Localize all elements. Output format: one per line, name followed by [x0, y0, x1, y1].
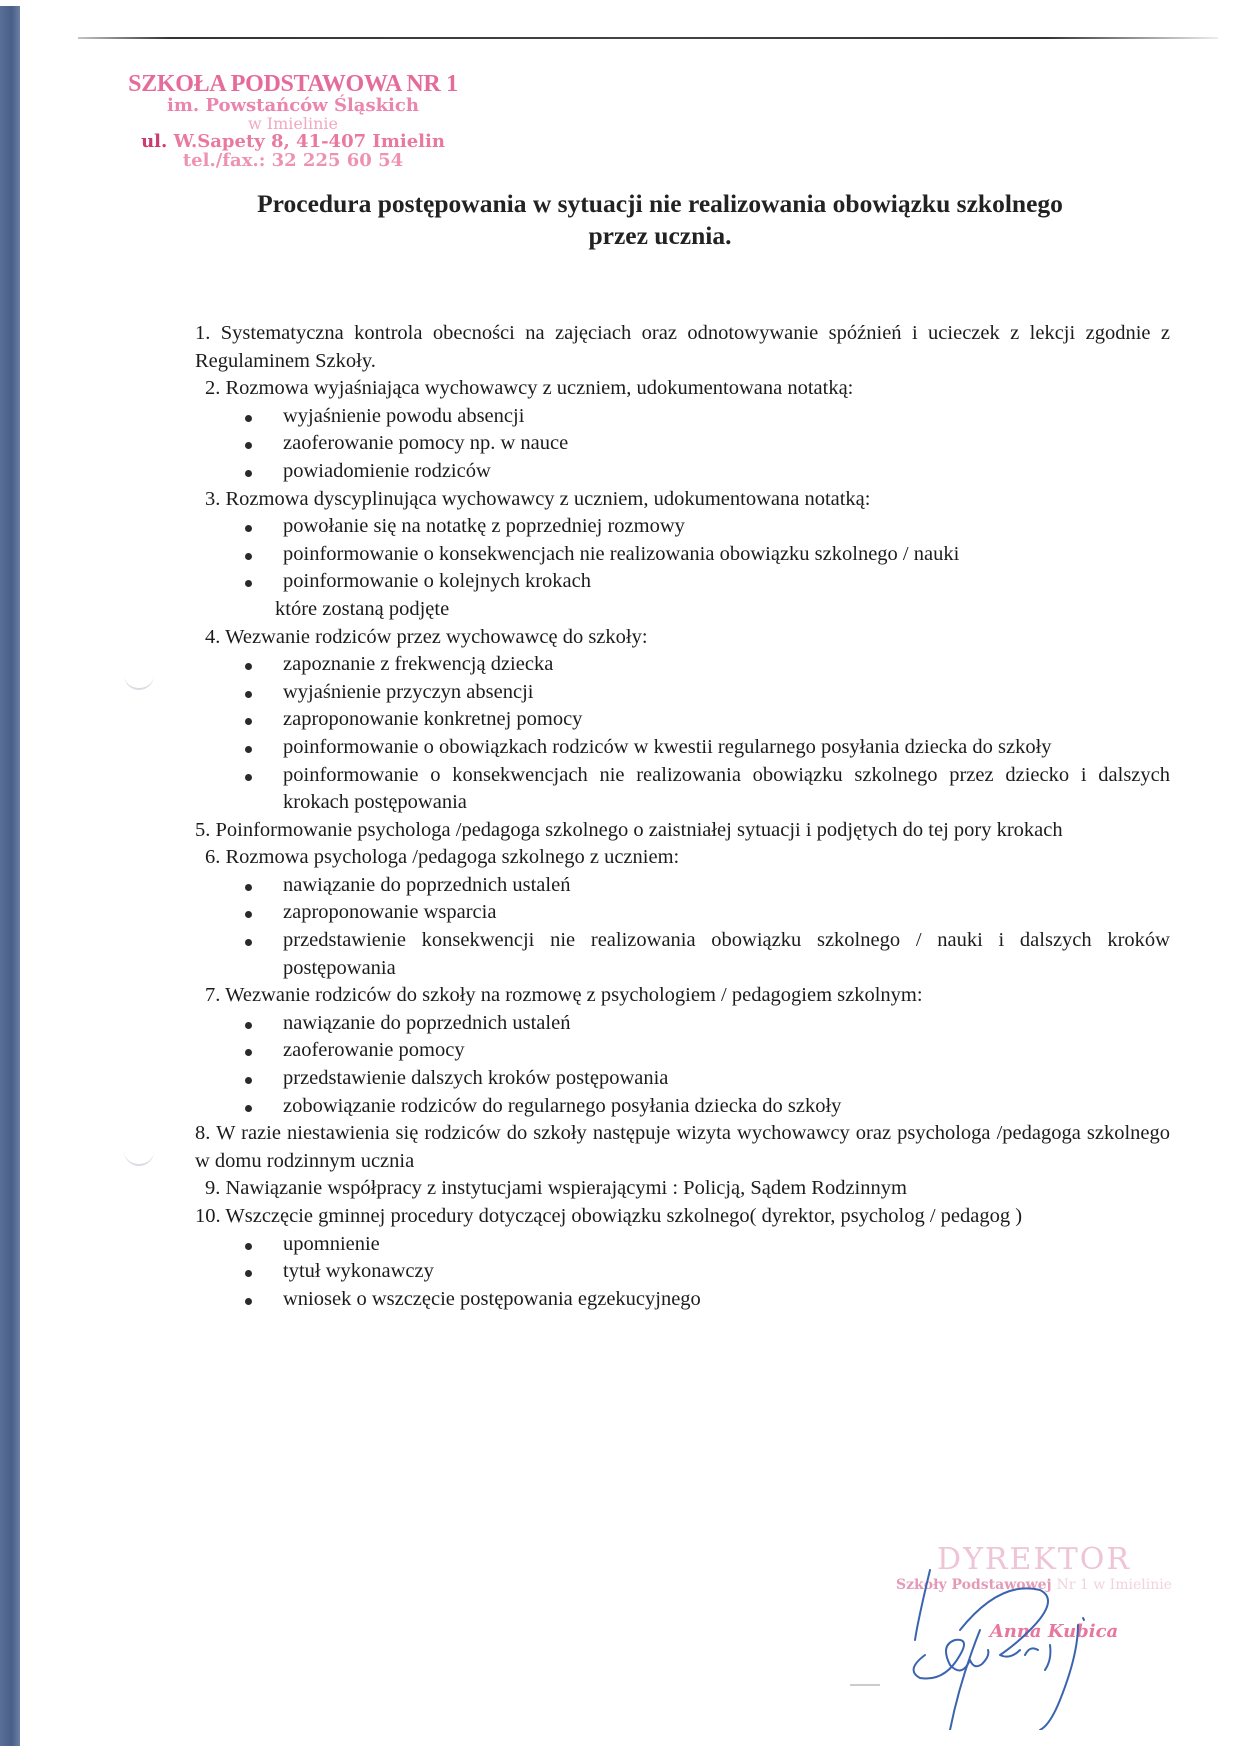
step-text: Rozmowa wyjaśniająca wychowawcy z ucznie… — [226, 377, 854, 399]
bullet-item: przedstawienie konsekwencji nie realizow… — [243, 927, 1170, 982]
procedure-step: 1. Systematyczna kontrola obecności na z… — [195, 320, 1170, 375]
step-bullet-list: powołanie się na notatkę z poprzedniej r… — [205, 513, 1170, 596]
bullet-item: zobowiązanie rodziców do regularnego pos… — [243, 1093, 1170, 1121]
school-stamp-address-text: W.Sapety 8, 41-407 Imielin — [174, 131, 445, 152]
bullet-item: zapoznanie z frekwencją dziecka — [243, 651, 1170, 679]
bullet-item: przedstawienie dalszych kroków postępowa… — [243, 1065, 1170, 1093]
school-stamp: SZKOŁA PODSTAWOWA NR 1 im. Powstańców Śl… — [118, 72, 468, 171]
step-bullet-list: nawiązanie do poprzednich ustaleńzapropo… — [205, 872, 1170, 982]
procedure-step: 2. Rozmowa wyjaśniająca wychowawcy z ucz… — [205, 375, 1170, 403]
bullet-item: upomnienie — [243, 1231, 1170, 1259]
document-title: Procedura postępowania w sytuacji nie re… — [190, 188, 1130, 252]
step-number: 5. — [195, 819, 210, 841]
school-stamp-address: ul. W.Sapety 8, 41-407 Imielin — [118, 133, 468, 152]
procedure-step: 9. Nawiązanie współpracy z instytucjami … — [205, 1175, 1170, 1203]
dash-mark — [850, 1684, 880, 1686]
step-bullet-list: upomnienietytuł wykonawczywniosek o wszc… — [205, 1231, 1170, 1314]
procedure-step: 10. Wszczęcie gminnej procedury dotycząc… — [195, 1203, 1170, 1231]
procedure-step: 4. Wezwanie rodziców przez wychowawcę do… — [205, 624, 1170, 652]
scan-edge-bar — [0, 6, 20, 1746]
bullet-item: zaproponowanie wsparcia — [243, 899, 1170, 927]
school-stamp-name: SZKOŁA PODSTAWOWA NR 1 — [118, 72, 468, 97]
step-bullet-list: nawiązanie do poprzednich ustaleńzaofero… — [205, 1010, 1170, 1120]
bullet-item: wyjaśnienie powodu absencji — [243, 403, 1170, 431]
procedure-step: 8. W razie niestawienia się rodziców do … — [195, 1120, 1170, 1175]
school-stamp-phone: tel./fax.: 32 225 60 54 — [118, 152, 468, 171]
step-text: Rozmowa psychologa /pedagoga szkolnego z… — [226, 846, 680, 868]
procedure-step: 6. Rozmowa psychologa /pedagoga szkolneg… — [205, 844, 1170, 872]
bullet-item: zaoferowanie pomocy np. w nauce — [243, 430, 1170, 458]
step-number: 2. — [205, 377, 220, 399]
step-text: Poinformowanie psychologa /pedagoga szko… — [216, 819, 1063, 841]
step-number: 1. — [195, 322, 210, 344]
step-number: 7. — [205, 984, 220, 1006]
signature — [900, 1560, 1160, 1730]
document-title-line2: przez ucznia. — [190, 220, 1130, 252]
top-rule — [78, 37, 1218, 39]
bullet-item: poinformowanie o konsekwencjach nie real… — [243, 541, 1170, 569]
bullet-item: zaproponowanie konkretnej pomocy — [243, 706, 1170, 734]
step-text: Wezwanie rodziców do szkoły na rozmowę z… — [225, 984, 922, 1006]
bullet-item: wniosek o wszczęcie postępowania egzekuc… — [243, 1286, 1170, 1314]
bullet-item: powołanie się na notatkę z poprzedniej r… — [243, 513, 1170, 541]
step-text: Systematyczna kontrola obecności na zaję… — [195, 322, 1170, 372]
bullet-item: nawiązanie do poprzednich ustaleń — [243, 872, 1170, 900]
step-bullet-list: wyjaśnienie powodu absencjizaoferowanie … — [205, 403, 1170, 486]
step-number: 6. — [205, 846, 220, 868]
school-stamp-address-prefix: ul. — [141, 131, 167, 152]
bullet-item: powiadomienie rodziców — [243, 458, 1170, 486]
procedure-step: 5. Poinformowanie psychologa /pedagoga s… — [195, 817, 1170, 845]
bullet-item: poinformowanie o obowiązkach rodziców w … — [243, 734, 1170, 762]
bullet-item: nawiązanie do poprzednich ustaleń — [243, 1010, 1170, 1038]
step-bullet-list: zapoznanie z frekwencją dzieckawyjaśnien… — [205, 651, 1170, 817]
step-number: 3. — [205, 488, 220, 510]
step-number: 4. — [205, 626, 220, 648]
bullet-item: wyjaśnienie przyczyn absencji — [243, 679, 1170, 707]
procedure-step: 7. Wezwanie rodziców do szkoły na rozmow… — [205, 982, 1170, 1010]
bullet-item: tytuł wykonawczy — [243, 1258, 1170, 1286]
procedure-steps: 1. Systematyczna kontrola obecności na z… — [205, 320, 1170, 1313]
punch-hole-mark — [124, 1150, 154, 1166]
step-number: 9. — [205, 1177, 220, 1199]
step-text: Rozmowa dyscyplinująca wychowawcy z uczn… — [226, 488, 871, 510]
step-number: 8. — [195, 1122, 210, 1144]
step-text: Nawiązanie współpracy z instytucjami wsp… — [226, 1177, 907, 1199]
punch-hole-mark — [124, 674, 154, 690]
bullet-item: zaoferowanie pomocy — [243, 1037, 1170, 1065]
step-number: 10. — [195, 1205, 221, 1227]
step-text: Wszczęcie gminnej procedury dotyczącej o… — [225, 1205, 1022, 1227]
step-continuation: które zostaną podjęte — [205, 596, 1170, 624]
bullet-item: poinformowanie o konsekwencjach nie real… — [243, 762, 1170, 817]
bullet-item: poinformowanie o kolejnych krokach — [243, 568, 1170, 596]
document-title-line1: Procedura postępowania w sytuacji nie re… — [190, 188, 1130, 220]
step-text: W razie niestawienia się rodziców do szk… — [195, 1122, 1170, 1172]
procedure-step: 3. Rozmowa dyscyplinująca wychowawcy z u… — [205, 486, 1170, 514]
step-text: Wezwanie rodziców przez wychowawcę do sz… — [225, 626, 647, 648]
